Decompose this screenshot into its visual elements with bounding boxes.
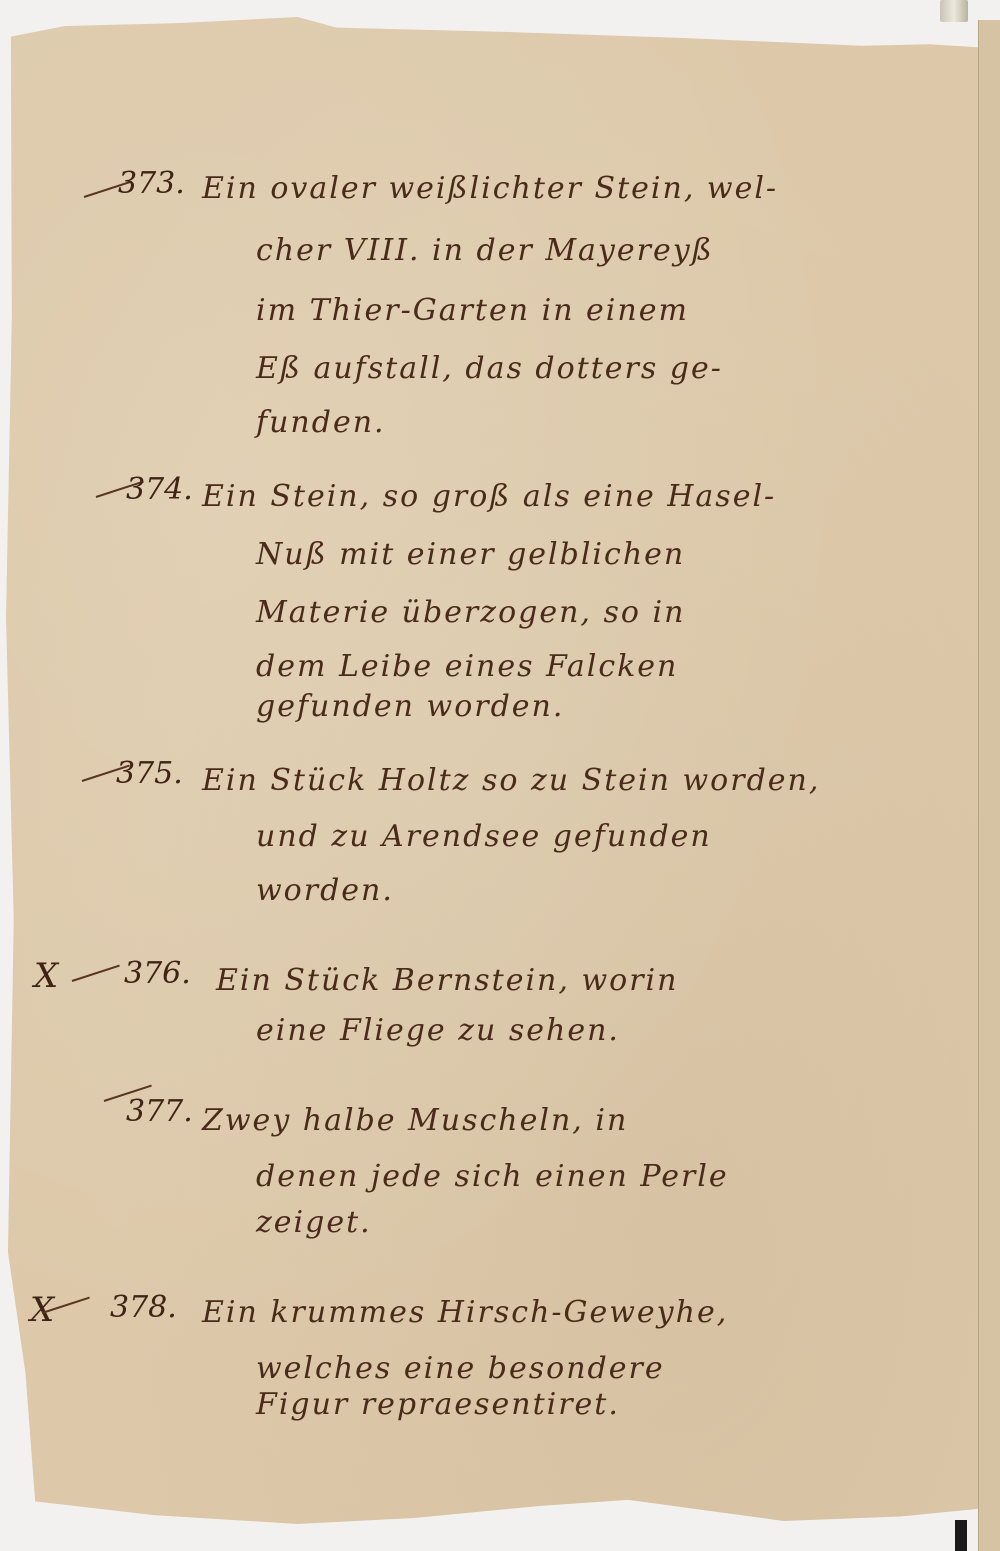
entry-line: Figur repraesentiret. [256,1390,620,1420]
adjacent-page-edge [978,20,1000,1551]
entry-line: zeiget. [256,1208,372,1238]
entry-number: 374. [126,472,193,507]
entry-number: 377. [126,1094,193,1129]
entry-line: worden. [256,876,394,906]
x-check-mark: X [34,956,58,996]
entry-line: Materie überzogen, so in [256,598,685,628]
entry-line: und zu Arendsee gefunden [256,822,712,852]
entry-line: Eß aufstall, das dotters ge- [256,354,723,384]
manuscript-page: 373. Ein ovaler weißlichter Stein, wel- … [6,14,978,1524]
binding-clip [940,0,968,22]
entry-line: dem Leibe eines Falcken [256,652,678,682]
entry-line: Ein Stück Bernstein, worin [216,966,678,996]
entry-line: denen jede sich einen Perle [256,1162,729,1192]
entry-line: Ein Stein, so groß als eine Hasel- [202,482,776,512]
entry-line: welches eine besondere [256,1354,665,1384]
entry-line: Ein ovaler weißlichter Stein, wel- [202,174,778,204]
binding-strip [955,1520,967,1551]
entry-tick-mark [72,965,120,982]
entry-line: eine Fliege zu sehen. [256,1016,620,1046]
entry-line: funden. [256,408,386,438]
entry-line: Nuß mit einer gelblichen [256,540,685,570]
entry-line: cher VIII. in der Mayereyß [256,236,714,266]
entry-line: gefunden worden. [256,692,564,722]
entry-line: Zwey halbe Muscheln, in [202,1106,628,1136]
entry-number: 373. [118,166,185,201]
entry-line: im Thier-Garten in einem [256,296,689,326]
entry-line: Ein Stück Holtz so zu Stein worden, [202,766,820,796]
entry-number: 378. [110,1290,177,1325]
entry-number: 376. [124,956,191,991]
entry-number: 375. [116,756,183,791]
entry-line: Ein krummes Hirsch-Geweyhe, [202,1298,728,1328]
